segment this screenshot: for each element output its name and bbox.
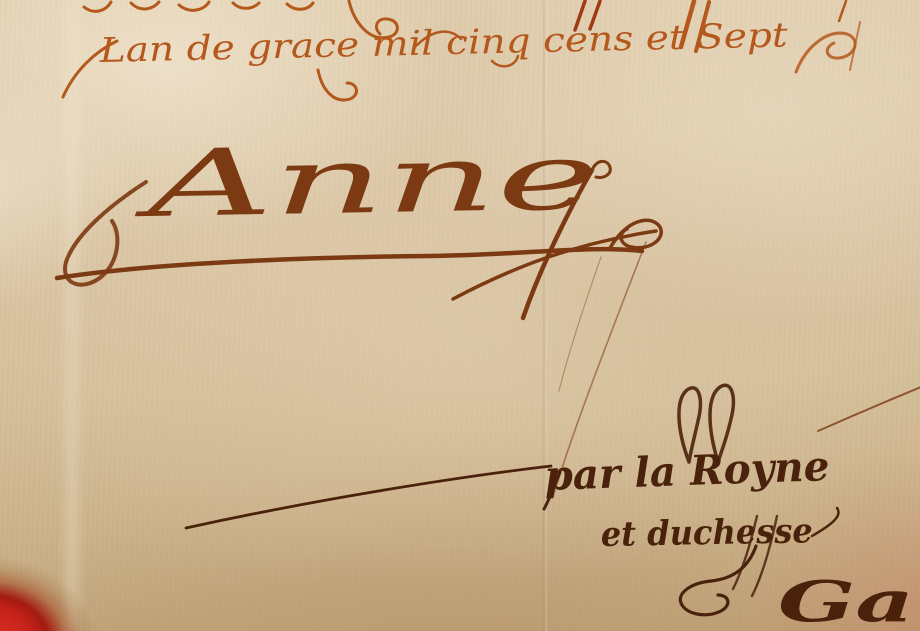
g-descender-loop — [318, 70, 356, 100]
stroke — [131, 2, 159, 9]
flourish-loop — [796, 33, 855, 72]
subscription-et-duchesse: et duchesse — [600, 511, 813, 555]
anne-signature: Anne — [57, 123, 661, 497]
date-line-flourish — [796, 22, 860, 72]
countersignature-block: Ga — [680, 546, 914, 631]
stroke — [84, 2, 111, 11]
stroke — [233, 3, 259, 8]
flourish-stroke — [850, 22, 860, 70]
stroke — [839, 1, 846, 21]
date-line-text: Lan de grace mil cinq cens et Sept — [98, 15, 788, 71]
subscription-block: par la Royne et duchesse — [186, 385, 920, 596]
anne-signature-text: Anne — [131, 123, 600, 238]
secretary-paraph — [680, 546, 756, 615]
paraph-faint-tail — [559, 257, 601, 391]
date-line: Lan de grace mil cinq cens et Sept — [63, 15, 860, 100]
manuscript-photo: Lan de grace mil cinq cens et Sept Anne — [0, 0, 920, 631]
lead-in-sweep — [186, 466, 551, 528]
end-tick — [812, 508, 839, 536]
right-diagonal-stroke — [818, 387, 920, 431]
stroke — [287, 3, 313, 9]
handwriting-layer: Lan de grace mil cinq cens et Sept Anne — [0, 0, 920, 631]
countersignature-fragment: Ga — [778, 569, 914, 631]
stroke — [179, 2, 209, 10]
